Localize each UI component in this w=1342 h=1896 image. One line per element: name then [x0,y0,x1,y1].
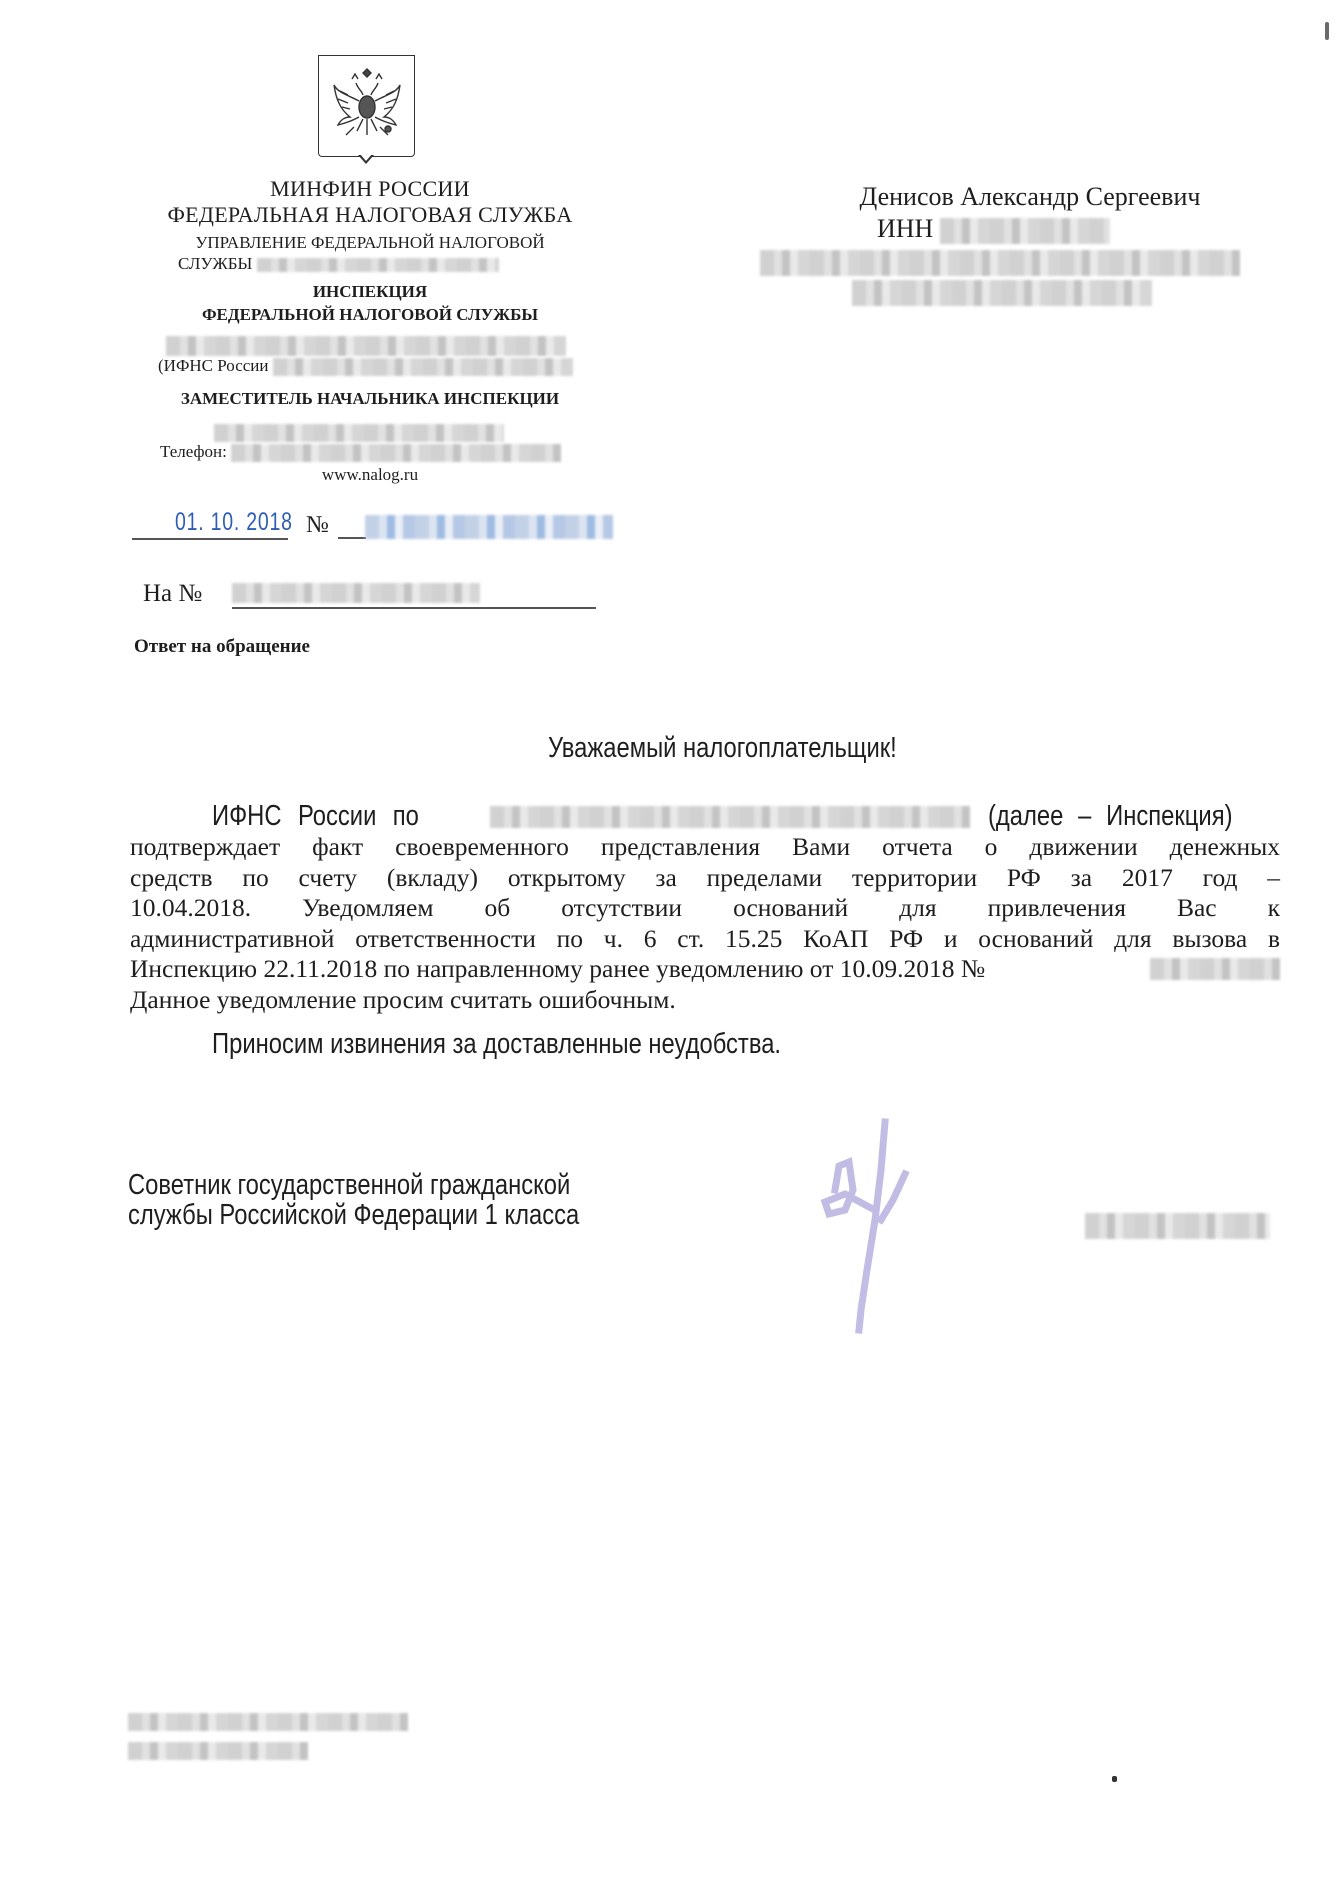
coat-of-arms-emblem [318,55,415,157]
department-line-1: УПРАВЛЕНИЕ ФЕДЕРАЛЬНОЙ НАЛОГОВОЙ [130,233,610,253]
date-underline [132,538,288,540]
number-sign: № [306,512,329,539]
department-label: СЛУЖБЫ [178,254,252,273]
russian-coat-of-arms-icon [330,65,404,147]
redacted-ifns-region [273,358,573,376]
redacted-recipient-address-line-2 [852,280,1152,306]
phone-label: Телефон: [160,442,227,461]
redacted-executor-phone [128,1742,308,1760]
reply-to-label: На № [143,580,202,608]
recipient-name: Денисов Александр Сергеевич [780,182,1280,212]
registration-date-stamp: 01. 10. 2018 [175,508,293,537]
redacted-reply-to-number [232,583,480,603]
redacted-address [214,424,504,442]
website-link[interactable]: www.nalog.ru [130,465,610,485]
paragraph-2: Приносим извинения за доставленные неудо… [212,1028,906,1061]
salutation: Уважаемый налогоплательщик! [548,732,973,765]
redacted-notification-number [1150,958,1280,980]
position-title: ЗАМЕСТИТЕЛЬ НАЧАЛЬНИКА ИНСПЕКЦИИ [130,389,610,409]
recipient-inn-line: ИНН [877,214,1110,244]
paragraph-1-line-4: 10.04.2018. Уведомляем об отсутствии осн… [130,893,1280,924]
inspection-line-1: ИНСПЕКЦИЯ [130,282,610,302]
redacted-executor-name [128,1713,408,1731]
paragraph-1-line-6: Инспекцию 22.11.2018 по направленному ра… [130,954,985,984]
number-underline [338,537,366,539]
paragraph-1-line-2: подтверждает факт своевременного предста… [130,832,1280,863]
department-line-2: СЛУЖБЫ [178,254,499,274]
phone-line: Телефон: [160,442,561,462]
paragraph-1-line-3: средств по счету (вкладу) открытому за п… [130,863,1280,894]
handwritten-signature-icon [815,1110,965,1340]
redacted-recipient-address-line-1 [760,250,1240,276]
ifns-line: (ИФНС России [158,356,573,376]
inspection-line-2: ФЕДЕРАЛЬНОЙ НАЛОГОВОЙ СЛУЖБЫ [130,305,610,325]
emblem-shield-tip [358,155,374,164]
signer-title-line-1: Советник государственной гражданской [128,1170,579,1200]
paragraph-1-line-7: Данное уведомление просим считать ошибоч… [130,985,676,1015]
ministry-name: МИНФИН РОССИИ [130,176,610,202]
redacted-recipient-inn [940,218,1110,244]
signer-title: Советник государственной гражданской слу… [128,1170,678,1230]
signer-title-line-2: службы Российской Федерации 1 класса [128,1200,579,1230]
reply-to-underline [232,607,596,609]
letter-subject: Ответ на обращение [134,636,310,658]
paragraph-1-line-1-end: (далее – Инспекция) [988,800,1286,833]
paragraph-1-body: подтверждает факт своевременного предста… [130,832,1280,954]
inn-label: ИНН [877,214,933,243]
redacted-ifns-region-in-text [490,806,970,828]
service-name: ФЕДЕРАЛЬНАЯ НАЛОГОВАЯ СЛУЖБА [130,202,610,228]
redacted-inspection-region [166,336,566,356]
ifns-prefix: (ИФНС России [158,356,268,375]
redacted-signer-name [1085,1213,1270,1239]
redacted-department-region [257,258,499,272]
redacted-phone-number [231,444,561,462]
redacted-outgoing-number [365,515,613,539]
scan-artifact-mark [1325,22,1329,40]
paragraph-1-line-5: административной ответственности по ч. 6… [130,924,1280,955]
scan-artifact-dot [1112,1776,1117,1782]
